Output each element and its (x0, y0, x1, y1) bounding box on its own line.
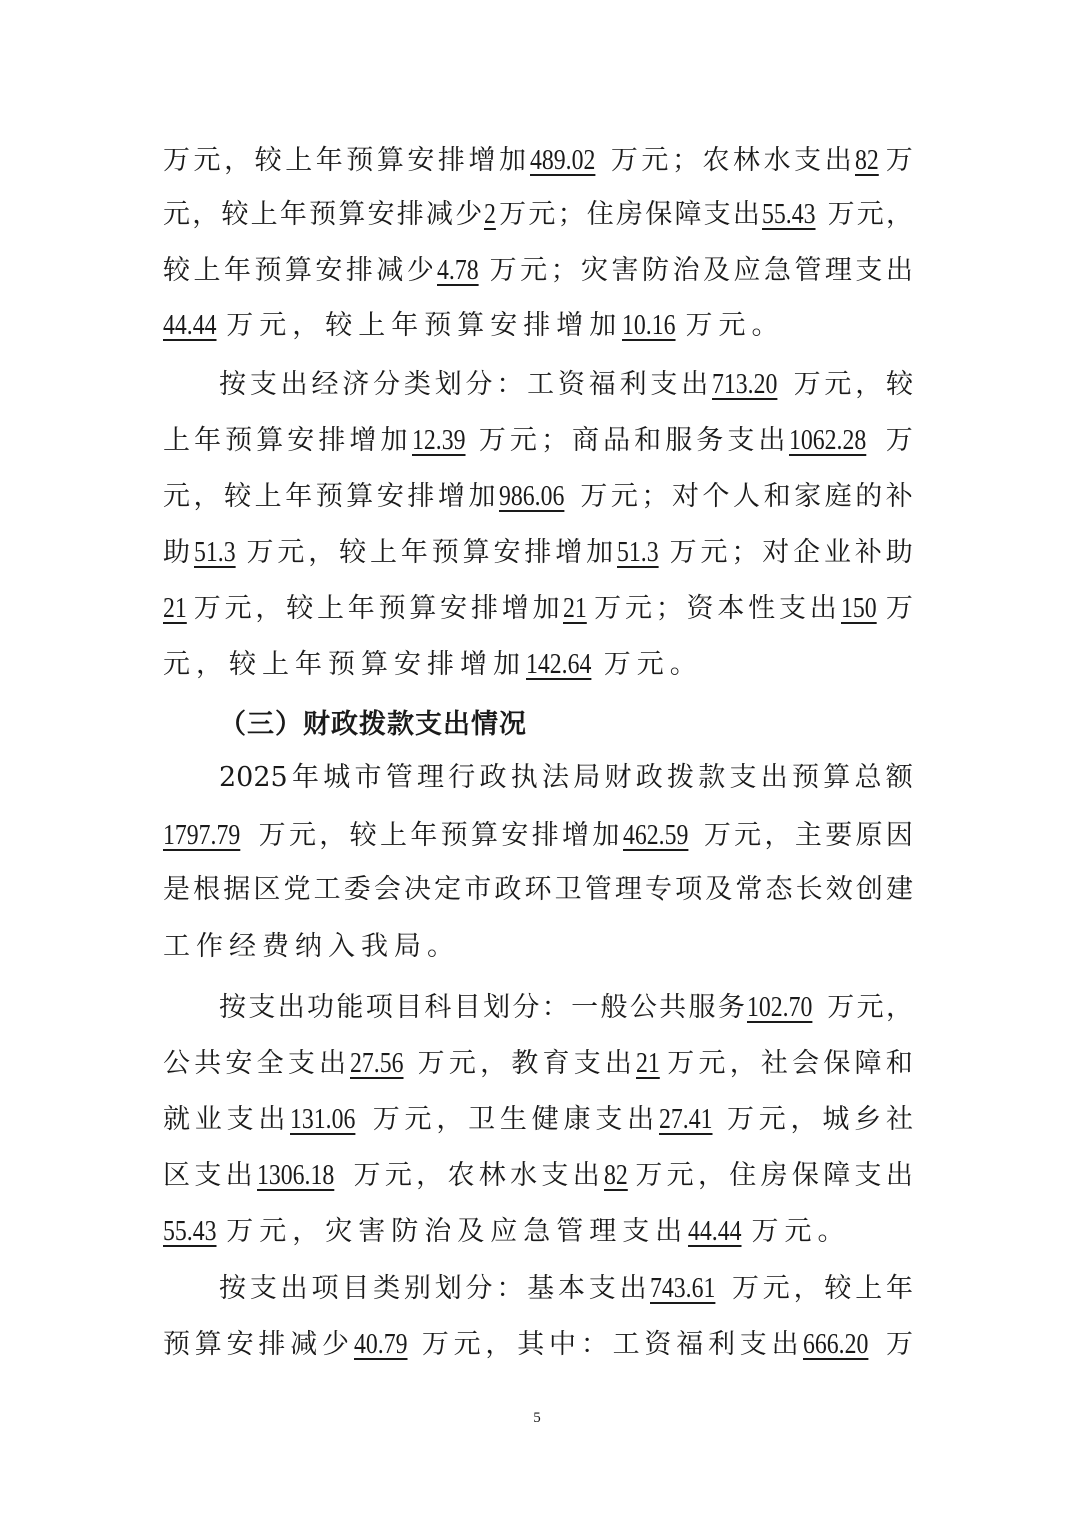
text-char: 排 (523, 306, 550, 346)
underlined-amount: 1306.18 (257, 1155, 341, 1195)
text-char: ， (319, 816, 346, 856)
text-char: 排 (524, 533, 551, 573)
text-char: 出 (573, 1156, 600, 1196)
text-char: 排 (427, 645, 454, 685)
text-char: 应 (490, 1212, 517, 1252)
text-char: 目 (395, 988, 422, 1028)
text-char: 万 (499, 195, 526, 235)
text-char: 加 (493, 645, 520, 685)
text-char: 元 (528, 195, 555, 235)
underlined-amount: 21 (636, 1043, 666, 1083)
text-char: 算 (195, 1325, 222, 1365)
text-char: 排 (397, 195, 424, 235)
text-char: 排 (258, 1325, 285, 1365)
text-char: 较 (824, 1269, 851, 1309)
text-char: 出 (886, 251, 913, 291)
underlined-amount: 55.43 (163, 1211, 223, 1251)
text-char: 性 (748, 589, 775, 629)
text-char: 对 (672, 477, 699, 517)
text-char: 万 (886, 589, 913, 629)
text-char: ； (541, 421, 568, 461)
text-char: 万 (490, 251, 517, 291)
underlined-amount: 55.43 (762, 194, 822, 234)
text-char: 出 (772, 1325, 799, 1365)
text-char: 补 (886, 477, 913, 517)
text-char: 林 (479, 1156, 506, 1196)
text-char: 万 (828, 195, 855, 235)
text-char: 年 (292, 758, 319, 798)
text-char: 万 (226, 1212, 253, 1252)
text-char: 理 (589, 1212, 616, 1252)
text-char: 及 (457, 1212, 484, 1252)
text-char: 算 (823, 758, 850, 798)
text-char: 出 (761, 758, 788, 798)
text-char: 较 (221, 195, 248, 235)
text-char: 别 (404, 1269, 431, 1309)
text-char: 上 (285, 141, 312, 181)
page-number: 5 (0, 1410, 1074, 1427)
text-char: 较 (229, 645, 256, 685)
text-char: 较 (325, 306, 352, 346)
text-char: 万 (604, 645, 631, 685)
text-char: 元 (259, 1212, 286, 1252)
text-char: 万 (732, 1269, 759, 1309)
text-char: 支 (250, 1269, 277, 1309)
text-char: 管 (386, 758, 413, 798)
text-char: 排 (318, 421, 345, 461)
text-char: 类 (404, 365, 431, 405)
text-line: 元，较上年预算安排减少2万元；住房保障支出55.43万元， (163, 194, 913, 234)
text-char: 城 (822, 1100, 849, 1140)
text-char: 上 (163, 421, 190, 461)
text-char: 水 (510, 1156, 537, 1196)
text-char: 共 (194, 1044, 221, 1084)
underlined-amount: 489.02 (530, 140, 602, 180)
text-char: 元 (759, 1100, 786, 1140)
text-char: ： (496, 1269, 523, 1309)
text-char: 支 (250, 365, 277, 405)
text-char: 排 (471, 589, 498, 629)
text-char: 万 (886, 1325, 913, 1365)
text-char: 元 (857, 988, 884, 1028)
text-char: 支 (855, 1156, 882, 1196)
text-char: 对 (762, 533, 789, 573)
text-char: 安 (377, 477, 404, 517)
text-char: 共 (659, 988, 686, 1028)
text-char: 生 (500, 1100, 527, 1140)
text-char: 工 (314, 870, 341, 910)
text-char: 公 (163, 1044, 190, 1084)
underlined-amount: 150 (841, 588, 883, 628)
text-char: 主 (795, 816, 822, 856)
text-line: 元，较上年预算安排增加142.64万元。 (163, 644, 913, 684)
text-char: 灾 (325, 1212, 352, 1252)
text-char: 就 (163, 1100, 190, 1140)
text-char: 因 (886, 816, 913, 856)
text-char: 算 (409, 589, 436, 629)
text-line: 按支出项目类别划分：基本支出743.61万元，较上年 (219, 1268, 913, 1308)
text-char: 出 (281, 1269, 308, 1309)
text-char: 市 (354, 758, 381, 798)
text-char: 元 (454, 1325, 481, 1365)
text-char: 林 (733, 141, 760, 181)
text-char: 年 (285, 477, 312, 517)
text-char: 万 (635, 1156, 662, 1196)
text-char: 万 (163, 141, 190, 181)
text-char: 万 (727, 1100, 754, 1140)
text-char: 和 (886, 1044, 913, 1084)
text-char: 福 (589, 365, 616, 405)
text-char: 较 (286, 589, 313, 629)
text-char: 服 (665, 421, 692, 461)
text-line: 工作经费纳入我局。 (163, 927, 913, 967)
text-char: 元 (763, 1269, 790, 1309)
text-char: 业 (824, 533, 851, 573)
text-char: 出 (810, 589, 837, 629)
text-char: 元 (701, 533, 728, 573)
text-char: 保 (823, 1044, 850, 1084)
text-char: 卫 (468, 1100, 495, 1140)
underlined-amount: 40.79 (354, 1324, 414, 1364)
text-line: 21万元，较上年预算安排增加21万元；资本性支出150万 (163, 588, 913, 628)
text-char: 排 (407, 477, 434, 517)
text-line: 公共安全支出27.56万元，教育支出21万元，社会保障和 (163, 1043, 913, 1083)
text-char: 农 (703, 141, 730, 181)
text-char: 支 (779, 589, 806, 629)
text-char: 会 (792, 1044, 819, 1084)
text-char: ， (292, 306, 319, 346)
text-char: 出 (605, 1044, 632, 1084)
text-char: 科 (424, 988, 451, 1028)
text-char: 态 (766, 870, 793, 910)
text-char: 本 (717, 589, 744, 629)
text-char: 一 (571, 988, 598, 1028)
text-char: 万 (422, 1325, 449, 1365)
text-char: 少 (455, 195, 482, 235)
text-char: 万 (194, 589, 221, 629)
text-char: 年 (316, 141, 343, 181)
text-char: 预 (792, 758, 819, 798)
text-char: 般 (600, 988, 627, 1028)
text-char: 利 (708, 1325, 735, 1365)
text-char: 分 (466, 1269, 493, 1309)
text-char: ； (558, 195, 585, 235)
text-char: 预 (254, 251, 281, 291)
text-char: 农 (447, 1156, 474, 1196)
text-char: 安 (368, 195, 395, 235)
text-char: 元 (611, 477, 638, 517)
text-char: 急 (523, 1212, 550, 1252)
text-char: 纳 (295, 927, 322, 967)
text-char: 元 (641, 141, 668, 181)
text-char: 决 (404, 870, 431, 910)
text-char: 资 (558, 365, 585, 405)
text-char: 局 (394, 927, 421, 967)
text-char: 较 (255, 141, 282, 181)
text-char: 灾 (581, 251, 608, 291)
text-char: 工 (613, 1325, 640, 1365)
text-char: 社 (886, 1100, 913, 1140)
text-char: 万 (226, 306, 253, 346)
text-char: 服 (689, 988, 716, 1028)
text-char: 算 (361, 645, 388, 685)
text-char: 算 (457, 306, 484, 346)
text-char: 年 (410, 816, 437, 856)
text-char: 按 (219, 365, 246, 405)
text-char: 上 (251, 195, 278, 235)
text-char: 元 (194, 141, 221, 181)
text-char: 市 (464, 870, 491, 910)
text-char: 算 (346, 477, 373, 517)
text-char: 出 (281, 365, 308, 405)
text-char: 利 (620, 365, 647, 405)
text-char: 万 (686, 306, 713, 346)
text-char: 出 (758, 421, 785, 461)
text-char: 人 (733, 477, 760, 517)
text-char: 水 (764, 141, 791, 181)
text-char: 上 (255, 477, 282, 517)
text-char: 万 (827, 988, 854, 1028)
text-char: 算 (285, 251, 312, 291)
text-char: ； (731, 533, 758, 573)
text-char: 元 (163, 645, 190, 685)
underlined-amount: 462.59 (623, 815, 695, 855)
text-char: 定 (434, 870, 461, 910)
underlined-amount: 82 (604, 1155, 634, 1195)
text-line: 按支出经济分类划分：工资福利支出713.20万元，较 (219, 364, 913, 404)
text-char: 效 (826, 870, 853, 910)
text-char: ， (192, 195, 219, 235)
text-char: 按 (219, 988, 246, 1028)
text-char: 害 (358, 1212, 385, 1252)
text-char: 卫 (555, 870, 582, 910)
text-char: 万 (794, 365, 821, 405)
text-char: 其 (517, 1325, 544, 1365)
text-line: 就业支出131.06万元，卫生健康支出27.41万元，城乡社 (163, 1099, 913, 1139)
underlined-amount: 44.44 (163, 305, 223, 345)
text-char: 万 (667, 1044, 694, 1084)
text-char: 元 (734, 816, 761, 856)
text-char: 支 (574, 1044, 601, 1084)
text-char: ， (698, 1156, 725, 1196)
text-char: ： (581, 1325, 608, 1365)
text-char: ， (730, 1044, 757, 1084)
text-char: ， (224, 141, 251, 181)
text-char: 乡 (854, 1100, 881, 1140)
underlined-amount: 51.3 (194, 532, 242, 572)
text-char: 较 (886, 365, 913, 405)
text-char: 加 (499, 141, 526, 181)
text-char: ； (672, 141, 699, 181)
text-char: 支 (855, 251, 882, 291)
text-char: 减 (290, 1325, 317, 1365)
text-line: 按支出功能项目科目划分：一般公共服务102.70万元， (219, 987, 913, 1027)
text-char: 急 (764, 251, 791, 291)
text-char: 教 (511, 1044, 538, 1084)
text-char: 万 (594, 589, 621, 629)
text-char: 按 (219, 1269, 246, 1309)
text-char: 元 (520, 251, 547, 291)
text-char: 加 (380, 421, 407, 461)
underlined-amount: 743.61 (650, 1268, 722, 1308)
text-char: 是 (163, 870, 190, 910)
text-char: 排 (438, 141, 465, 181)
text-char: 和 (634, 421, 661, 461)
text-line: 是根据区党工委会决定市政环卫管理专项及常态长效创建 (163, 870, 913, 910)
text-char: 安 (440, 589, 467, 629)
text-char: 排 (346, 251, 373, 291)
text-char: 理 (417, 758, 444, 798)
text-char: 管 (556, 1212, 583, 1252)
text-char: 济 (342, 365, 369, 405)
underlined-amount: 21 (563, 588, 593, 628)
text-char: 划 (483, 988, 510, 1028)
text-char: 政 (494, 870, 521, 910)
underlined-amount: 131.06 (290, 1099, 362, 1139)
underlined-amount: 4.78 (437, 250, 485, 290)
text-char: 应 (733, 251, 760, 291)
text-char: 公 (630, 988, 657, 1028)
text-char: 出 (733, 195, 760, 235)
text-char: ， (308, 533, 335, 573)
section-heading: （三）财政拨款支出情况 (219, 705, 527, 745)
text-char: 预 (441, 816, 468, 856)
underlined-amount: 21 (163, 588, 193, 628)
text-char: 支 (740, 1325, 767, 1365)
text-char: 管 (794, 251, 821, 291)
text-char: 支 (595, 1100, 622, 1140)
text-char: 年 (886, 1269, 913, 1309)
text-char: 上 (370, 533, 397, 573)
text-char: 年 (391, 306, 418, 346)
text-char: 经 (311, 365, 338, 405)
text-char: 支 (541, 1156, 568, 1196)
text-char: 。 (818, 1212, 845, 1252)
document-page: 万元，较上年预算安排增加489.02万元；农林水支出82万元，较上年预算安排减少… (0, 0, 1074, 1520)
text-char: 基 (527, 1269, 554, 1309)
text-char: 预 (328, 645, 355, 685)
text-char: 能 (336, 988, 363, 1028)
text-char: 务 (696, 421, 723, 461)
text-char: 中 (549, 1325, 576, 1365)
text-char: 法 (542, 758, 569, 798)
text-char: ， (765, 816, 792, 856)
text-char: 据 (223, 870, 250, 910)
text-char: 分 (373, 365, 400, 405)
text-char: 助 (163, 533, 190, 573)
text-char: 。 (752, 306, 779, 346)
text-char: 元 (699, 1044, 726, 1084)
text-char: 安 (227, 1325, 254, 1365)
text-char: 创 (856, 870, 883, 910)
text-char: 出 (258, 1100, 285, 1140)
text-char: 排 (532, 816, 559, 856)
text-char: 元 (259, 306, 286, 346)
text-char: 治 (424, 1212, 451, 1252)
text-char: 预 (316, 477, 343, 517)
text-line: 预算安排减少40.79万元，其中：工资福利支出666.20万 (163, 1324, 913, 1364)
text-char: 算 (377, 141, 404, 181)
text-char: 上 (262, 645, 289, 685)
text-char: 算 (338, 195, 365, 235)
text-char: 元 (289, 816, 316, 856)
text-char: 防 (642, 251, 669, 291)
text-char: 安 (287, 421, 314, 461)
text-char: 障 (855, 1044, 882, 1084)
text-char: 加 (533, 589, 560, 629)
text-char: 助 (886, 533, 913, 573)
text-char: 要 (825, 816, 852, 856)
text-char: 元 (785, 1212, 812, 1252)
text-line: 1797.79万元，较上年预算安排增加462.59万元，主要原因 (163, 815, 913, 855)
text-char: ， (855, 365, 882, 405)
text-char: 常 (735, 870, 762, 910)
text-char: 支 (622, 1212, 649, 1252)
text-char: 加 (592, 816, 619, 856)
text-char: 支 (727, 421, 754, 461)
underlined-amount: 51.3 (617, 532, 665, 572)
text-char: 安 (394, 645, 421, 685)
text-char: 工 (163, 927, 190, 967)
text-char: 商 (572, 421, 599, 461)
text-char: ， (292, 1212, 319, 1252)
text-char: 元 (857, 195, 884, 235)
text-char: 年 (348, 589, 375, 629)
underlined-amount: 142.64 (526, 644, 598, 684)
text-char: 区 (163, 1156, 190, 1196)
text-char: 及 (705, 870, 732, 910)
text-char: ， (791, 1100, 818, 1140)
text-char: 执 (511, 758, 538, 798)
text-char: 算 (471, 816, 498, 856)
text-char: 增 (468, 141, 495, 181)
text-char: 预 (379, 589, 406, 629)
underlined-amount: 986.06 (499, 476, 571, 516)
text-char: 安 (225, 1044, 252, 1084)
text-char: ， (194, 477, 221, 517)
text-char: 增 (460, 645, 487, 685)
text-char: 元 (225, 589, 252, 629)
text-char: 元 (637, 645, 664, 685)
text-char: 上 (380, 816, 407, 856)
text-char: 上 (855, 1269, 882, 1309)
text-char: 加 (586, 533, 613, 573)
text-line: 44.44万元，较上年预算安排增加10.16万元。 (163, 305, 913, 345)
text-char: 支 (794, 141, 821, 181)
text-char: 减 (376, 251, 403, 291)
text-char: ， (886, 195, 913, 235)
underlined-amount: 82 (855, 140, 885, 180)
text-char: 资 (644, 1325, 671, 1365)
text-char: 万 (611, 141, 638, 181)
text-char: 年 (295, 645, 322, 685)
text-char: 总 (854, 758, 881, 798)
text-char: 万 (247, 533, 274, 573)
text-line: 55.43万元，灾害防治及应急管理支出44.44万元。 (163, 1211, 913, 1251)
text-line: 助51.3万元，较上年预算安排增加51.3万元；对企业补助 (163, 532, 913, 572)
text-char: 年 (280, 195, 307, 235)
text-char: 局 (573, 758, 600, 798)
text-char: 我 (361, 927, 388, 967)
text-char: 理 (825, 251, 852, 291)
text-char: 元 (163, 477, 190, 517)
text-char: 预 (424, 306, 451, 346)
underlined-amount: 1797.79 (163, 815, 247, 855)
text-char: 政 (636, 758, 663, 798)
text-char: 治 (673, 251, 700, 291)
text-char: 安 (315, 251, 342, 291)
text-char: 安 (494, 533, 521, 573)
